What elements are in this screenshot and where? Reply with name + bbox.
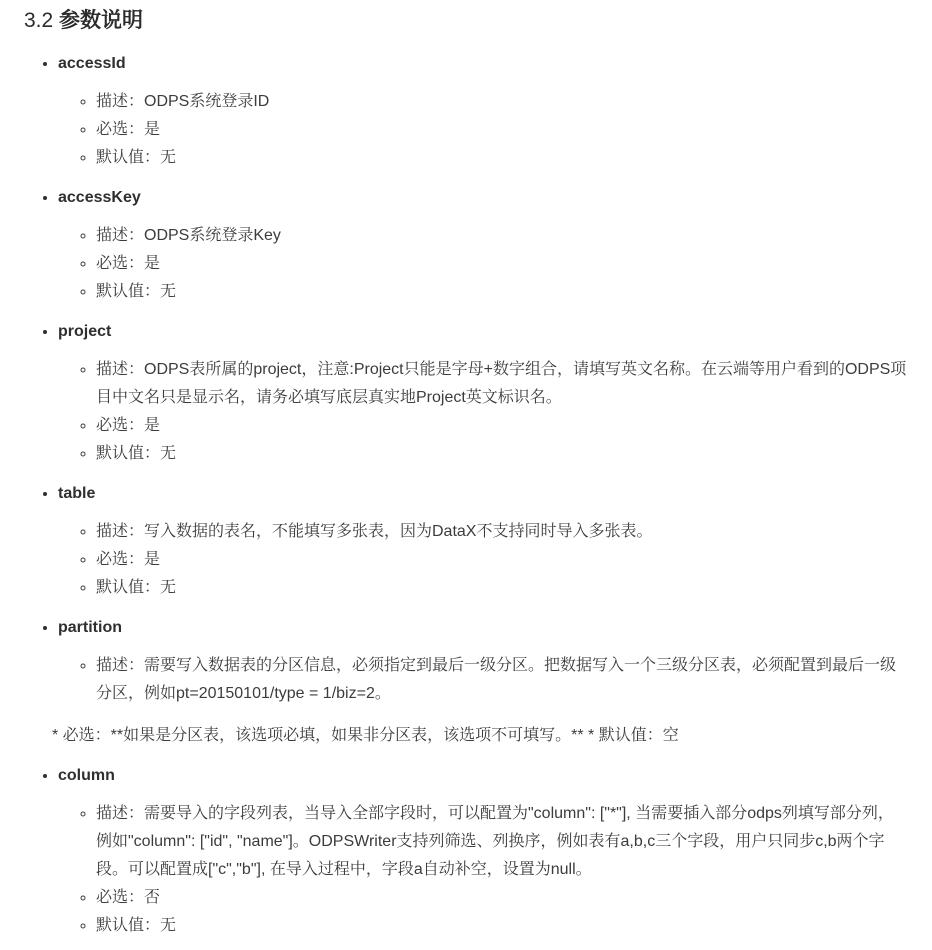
param-detail-list: 描述：需要写入数据表的分区信息，必须指定到最后一级分区。把数据写入一个三级分区表… <box>58 652 908 708</box>
param-name: table <box>58 485 95 502</box>
param-detail-default: 默认值：无 <box>96 912 908 940</box>
param-item-table: table 描述：写入数据的表名，不能填写多张表，因为DataX不支持同时导入多… <box>58 480 908 602</box>
param-detail-description: 描述：需要写入数据表的分区信息，必须指定到最后一级分区。把数据写入一个三级分区表… <box>96 652 908 708</box>
section-heading: 3.2 参数说明 <box>24 6 908 36</box>
param-detail-required: 必选：是 <box>96 546 908 574</box>
param-item-accesskey: accessKey 描述：ODPS系统登录Key 必选：是 默认值：无 <box>58 184 908 306</box>
param-note: * 必选：**如果是分区表，该选项必填，如果非分区表，该选项不可填写。** * … <box>52 722 908 750</box>
param-detail-description: 描述：写入数据的表名，不能填写多张表，因为DataX不支持同时导入多张表。 <box>96 518 908 546</box>
param-detail-description: 描述：ODPS系统登录ID <box>96 88 908 116</box>
param-detail-required: 必选：否 <box>96 884 908 912</box>
param-detail-list: 描述：需要导入的字段列表，当导入全部字段时，可以配置为"column": ["*… <box>58 800 908 940</box>
param-detail-description: 描述：需要导入的字段列表，当导入全部字段时，可以配置为"column": ["*… <box>96 800 908 884</box>
param-detail-required: 必选：是 <box>96 412 908 440</box>
section-number: 3.2 <box>24 9 59 32</box>
section-title: 参数说明 <box>59 9 143 32</box>
param-detail-description: 描述：ODPS系统登录Key <box>96 222 908 250</box>
param-item-accessid: accessId 描述：ODPS系统登录ID 必选：是 默认值：无 <box>58 50 908 172</box>
parameter-list: accessId 描述：ODPS系统登录ID 必选：是 默认值：无 access… <box>24 50 908 940</box>
param-detail-list: 描述：写入数据的表名，不能填写多张表，因为DataX不支持同时导入多张表。 必选… <box>58 518 908 602</box>
param-item-project: project 描述：ODPS表所属的project，注意:Project只能是… <box>58 318 908 468</box>
param-detail-default: 默认值：无 <box>96 574 908 602</box>
param-detail-list: 描述：ODPS表所属的project，注意:Project只能是字母+数字组合，… <box>58 356 908 468</box>
param-detail-default: 默认值：无 <box>96 440 908 468</box>
param-detail-default: 默认值：无 <box>96 278 908 306</box>
param-detail-list: 描述：ODPS系统登录Key 必选：是 默认值：无 <box>58 222 908 306</box>
param-detail-default: 默认值：无 <box>96 144 908 172</box>
param-item-partition: partition 描述：需要写入数据表的分区信息，必须指定到最后一级分区。把数… <box>58 614 908 750</box>
param-name: accessKey <box>58 189 141 206</box>
param-item-column: column 描述：需要导入的字段列表，当导入全部字段时，可以配置为"colum… <box>58 762 908 940</box>
param-detail-required: 必选：是 <box>96 250 908 278</box>
param-name: project <box>58 323 111 340</box>
param-detail-description: 描述：ODPS表所属的project，注意:Project只能是字母+数字组合，… <box>96 356 908 412</box>
param-name: column <box>58 767 115 784</box>
param-name: accessId <box>58 55 126 72</box>
param-detail-required: 必选：是 <box>96 116 908 144</box>
param-detail-list: 描述：ODPS系统登录ID 必选：是 默认值：无 <box>58 88 908 172</box>
param-name: partition <box>58 619 122 636</box>
